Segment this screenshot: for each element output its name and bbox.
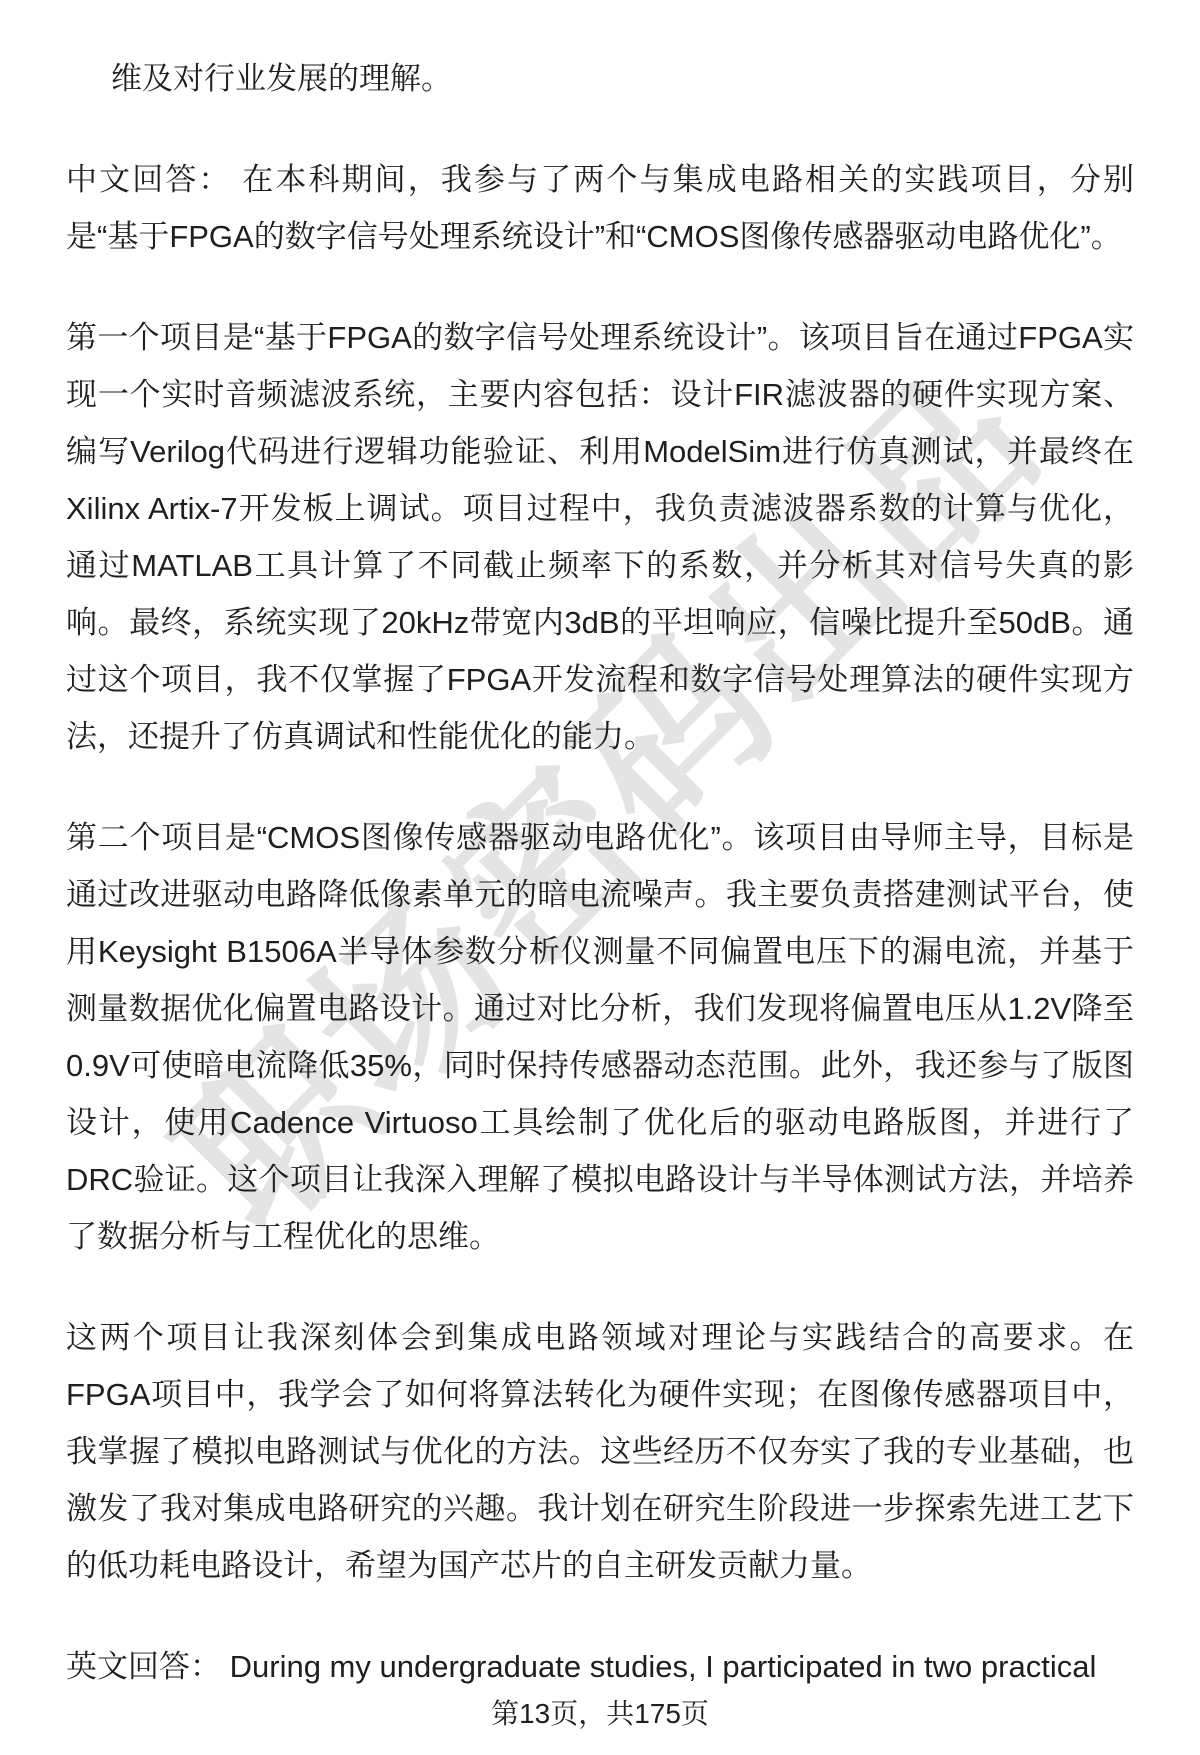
paragraph-chinese-answer-intro: 中文回答： 在本科期间，我参与了两个与集成电路相关的实践项目，分别是“基于FPG…	[66, 151, 1134, 265]
paragraph-english-answer-intro: 英文回答： During my undergraduate studies, I…	[66, 1638, 1134, 1695]
page-number-footer: 第13页，共175页	[0, 1694, 1200, 1734]
document-body: 维及对行业发展的理解。 中文回答： 在本科期间，我参与了两个与集成电路相关的实践…	[0, 0, 1200, 1695]
paragraph-continuation: 维及对行业发展的理解。	[66, 50, 1134, 107]
document-page: 职场密码出品 维及对行业发展的理解。 中文回答： 在本科期间，我参与了两个与集成…	[0, 0, 1200, 1755]
paragraph-project-two: 第二个项目是“CMOS图像传感器驱动电路优化”。该项目由导师主导，目标是通过改进…	[66, 809, 1134, 1265]
paragraph-project-one: 第一个项目是“基于FPGA的数字信号处理系统设计”。该项目旨在通过FPGA实现一…	[66, 309, 1134, 765]
paragraph-summary: 这两个项目让我深刻体会到集成电路领域对理论与实践结合的高要求。在FPGA项目中，…	[66, 1309, 1134, 1594]
